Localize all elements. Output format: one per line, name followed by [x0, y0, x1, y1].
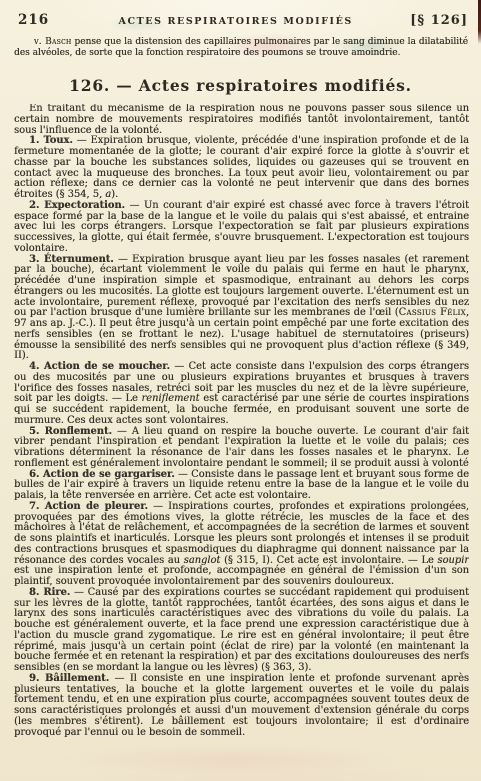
running-title: ACTES RESPIRATOIRES MODIFIÉS [119, 16, 353, 27]
text-run: sanglot [184, 555, 221, 566]
paragraph: 3. Éternument. — Expiration brusque ayan… [14, 255, 469, 363]
text-run: 5. Ronflement. [29, 426, 112, 437]
text-run: pense que la distension des capillaires … [14, 37, 468, 58]
text-run: — Expiration brusque, violente, précédée… [14, 135, 469, 200]
text-run: ). [111, 189, 118, 200]
paragraph: 4. Action de se moucher. — Cet acte cons… [14, 362, 469, 427]
paragraph: En traitant du mécanisme de la respirati… [14, 104, 469, 136]
page-header: 216 ACTES RESPIRATOIRES MODIFIÉS [§ 126] [18, 12, 468, 28]
paragraph: 1. Toux. — Expiration brusque, violente,… [14, 136, 469, 201]
text-run: 3. Éternument. [29, 254, 114, 265]
paragraph: 7. Action de pleurer. — Inspirations cou… [14, 502, 469, 588]
section-title: 126. — Actes respiratoires modifiés. [0, 76, 481, 95]
paragraph: 9. Bâillement. — Il consiste en une insp… [14, 674, 469, 739]
page-number: 216 [18, 12, 49, 28]
text-run: En traitant du mécanisme de la respirati… [14, 104, 469, 136]
text-run: Cassius Félix [399, 307, 466, 318]
paragraph: 5. Ronflement. — A lieu quand on respire… [14, 427, 469, 470]
text-run: soupir [437, 555, 469, 566]
text-run: est une inspiration lente et profonde, a… [14, 565, 469, 587]
section-reference: [§ 126] [410, 13, 468, 28]
small-print-note: v. Basch pense que la distension des cap… [14, 37, 468, 59]
paragraph: 2. Expectoration. — Un courant d'air exp… [14, 201, 469, 255]
text-run: (§ 315, I). Cet acte est involontaire. —… [220, 555, 437, 566]
text-run: 6. Action de se gargariser. [29, 469, 175, 480]
text-run: 1. Toux. [29, 135, 73, 146]
text-run: 4. Action de se moucher. [29, 361, 170, 372]
paragraph: 8. Rire. — Causé par des expirations cou… [14, 588, 469, 674]
text-run: 7. Action de pleurer. [29, 501, 148, 512]
body-text: En traitant du mécanisme de la respirati… [14, 104, 469, 764]
text-run: v. Basch [34, 37, 71, 47]
paragraph: 6. Action de se gargariser. — Consiste d… [14, 470, 469, 502]
text-run: — Causé par des expirations courtes se s… [14, 587, 469, 673]
text-run: 2. Expectoration. [29, 200, 125, 211]
text-run: 9. Bâillement. [29, 673, 109, 684]
text-run: reniflement [141, 393, 199, 404]
text-run: 8. Rire. [29, 587, 70, 598]
book-page: 216 ACTES RESPIRATOIRES MODIFIÉS [§ 126]… [0, 0, 481, 781]
